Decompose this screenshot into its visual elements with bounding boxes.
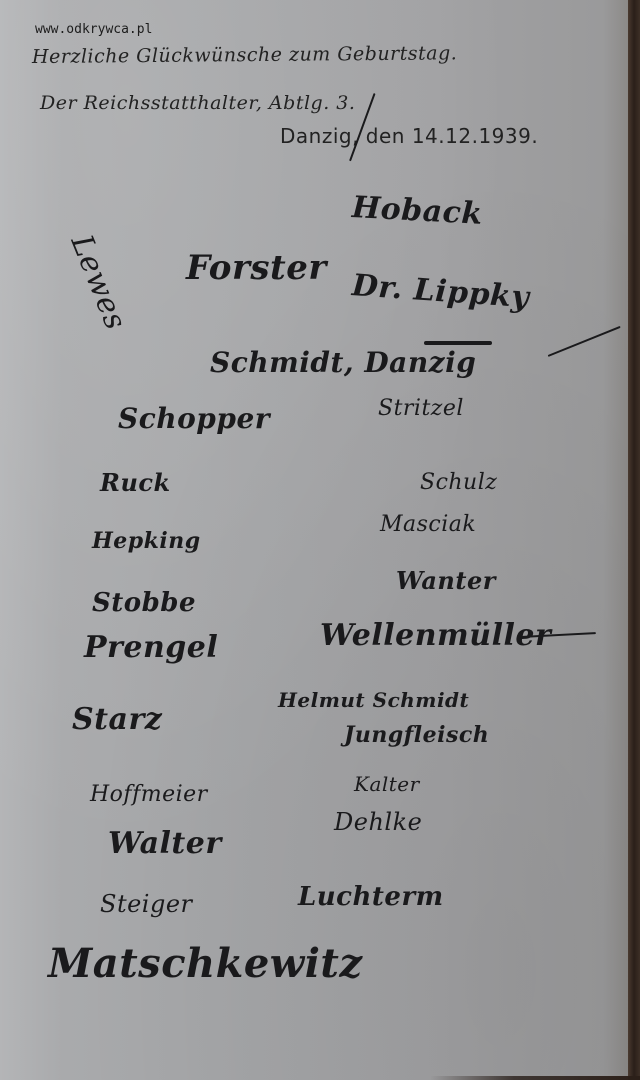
- signature-left-1: Schopper: [118, 402, 270, 435]
- sender-line: Der Reichsstatthalter, Abtlg. 3.: [40, 92, 355, 114]
- signature-left-6: Starz: [72, 702, 162, 737]
- signature-forster: Forster: [186, 248, 327, 288]
- signature-right-5: Wellenmüller: [320, 618, 551, 653]
- signature-lewes: Lewes: [64, 230, 134, 335]
- signature-left-2: Ruck: [100, 468, 171, 497]
- book-binding-edge: [628, 0, 640, 1080]
- document-page: www.odkrywca.pl Herzliche Glückwünsche z…: [0, 0, 628, 1080]
- watermark: www.odkrywca.pl: [35, 22, 152, 37]
- signature-right-3: Masciak: [380, 512, 476, 537]
- signature-left-5: Prengel: [84, 630, 218, 665]
- signature-left-9: Steiger: [100, 890, 193, 918]
- signature-right-6: Helmut Schmidt: [278, 688, 469, 712]
- signature-right-7: Jungfleisch: [344, 722, 489, 748]
- signature-right-10: Luchterm: [298, 882, 444, 912]
- signature-dr-lippky: Dr. Lippky: [351, 268, 531, 315]
- signature-left-3: Hepking: [92, 528, 201, 554]
- place-date-line: Danzig, den 14.12.1939.: [280, 124, 538, 148]
- underline-stroke: [424, 341, 492, 345]
- signature-right-8: Kalter: [354, 772, 420, 796]
- page-edge-shadow: [430, 1076, 640, 1080]
- signature-left-8: Walter: [108, 826, 222, 861]
- signature-right-4: Wanter: [396, 566, 496, 595]
- signature-right-9: Dehlke: [334, 808, 422, 836]
- signature-schmidt-danzig: Schmidt, Danzig: [210, 346, 476, 379]
- signature-left-10: Matschkewitz: [48, 940, 363, 987]
- signature-right-2: Schulz: [420, 470, 497, 495]
- greeting-line: Herzliche Glückwünsche zum Geburtstag.: [32, 42, 457, 68]
- signature-hoback: Hoback: [351, 190, 483, 232]
- signature-right-1: Stritzel: [378, 396, 464, 421]
- signature-stroke: [548, 326, 621, 357]
- signature-left-4: Stobbe: [92, 588, 196, 618]
- signature-left-7: Hoffmeier: [90, 782, 208, 807]
